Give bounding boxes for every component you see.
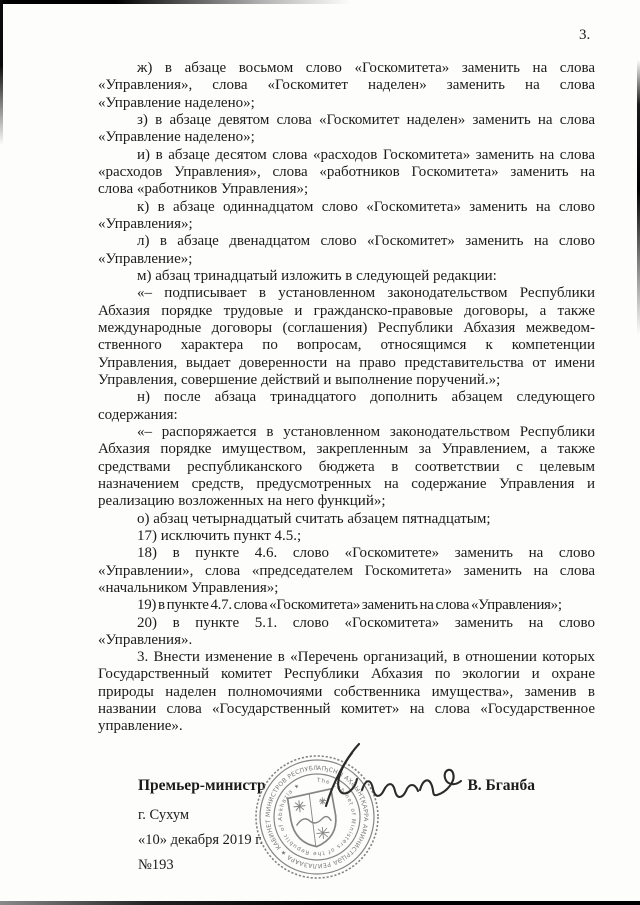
text-line: «Управление»; <box>98 251 595 268</box>
text-line: «Управление наделено»; <box>98 129 595 146</box>
text-line: 19) в пункте 4.7. слова «Госкомитета» за… <box>98 597 595 614</box>
text-line: «начальником Управления»; <box>98 580 595 597</box>
text-line: «Управление наделено»; <box>98 95 595 112</box>
text-line: 17) исключить пункт 4.5.; <box>98 528 595 545</box>
signer-name: В. Бганба <box>467 777 595 795</box>
text-line: Абхазия порядке трудовые и гражданско-пр… <box>98 303 595 320</box>
text-line: «Управления», слова «Госкомитет наделен»… <box>98 77 595 94</box>
place-line: г. Сухум <box>138 807 189 824</box>
text-line: ственного характера по вопросам, относящ… <box>98 337 595 354</box>
text-line: «Управлении», слова «председателем Госко… <box>98 563 595 580</box>
text-line: «Управления»; <box>98 216 595 233</box>
text-line: названии слова «Государственный комитет»… <box>98 701 595 718</box>
text-line: к) в абзаце одиннадцатом слово «Госкомит… <box>98 199 595 216</box>
document-number: №193 <box>138 857 174 874</box>
text-line: реализацию возложенных на него функций»; <box>98 493 595 510</box>
scan-artifact-bottom-edge <box>0 901 640 905</box>
scan-artifact-top-edge <box>0 0 400 4</box>
text-line: управление». <box>98 718 595 735</box>
text-line: природы наделен полномочиями собственник… <box>98 684 595 701</box>
text-line: содержания: <box>98 407 595 424</box>
scan-artifact-left-edge <box>0 0 3 150</box>
signer-title: Премьер-министр <box>98 777 266 795</box>
text-line: н) после абзаца тринадцатого дополнить а… <box>98 389 595 406</box>
date-line: «10» декабря 2019 г. <box>138 832 263 849</box>
text-line: 3. Внести изменение в «Перечень организа… <box>98 649 595 666</box>
text-line: Абхазия порядке имуществом, закрепленным… <box>98 441 595 458</box>
text-line: и) в абзаце десятом слова «расходов Госк… <box>98 147 595 164</box>
text-line: л) в абзаце двенадцатом слово «Госкомите… <box>98 233 595 250</box>
text-line: средствами республиканского бюджета в со… <box>98 459 595 476</box>
text-line: слова «работников Управления»; <box>98 181 595 198</box>
text-line: о) абзац четырнадцатый считать абзацем п… <box>98 511 595 528</box>
text-line: м) абзац тринадцатый изложить в следующе… <box>98 268 595 285</box>
coat-of-arms-emblem <box>287 789 339 850</box>
text-line: назначением средств, предусмотренных на … <box>98 476 595 493</box>
text-line: Государственный комитет Республики Абхаз… <box>98 666 595 683</box>
text-line: Управления, совершение действий и выполн… <box>98 372 595 389</box>
document-body: ж) в абзаце восьмом слово «Госкомитета» … <box>98 60 595 736</box>
text-line: ж) в абзаце восьмом слово «Госкомитета» … <box>98 60 595 77</box>
text-line: международные договоры (соглашения) Респ… <box>98 320 595 337</box>
text-line: з) в абзаце девятом слова «Госкомитет на… <box>98 112 595 129</box>
text-line: Управления, выдает доверенности на право… <box>98 355 595 372</box>
text-line: «– подписывает в установленном законодат… <box>98 285 595 302</box>
seal-dotted-edge <box>256 756 378 878</box>
text-line: «Управления». <box>98 632 595 649</box>
text-line: 18) в пункте 4.6. слово «Госкомитете» за… <box>98 545 595 562</box>
scanned-document: { "page": { "number": "3." }, "document"… <box>0 0 640 905</box>
signature-scrawl <box>326 744 461 806</box>
text-line: «расходов Управления», слова «работников… <box>98 164 595 181</box>
text-line: 20) в пункте 5.1. слово «Госкомитета» за… <box>98 615 595 632</box>
signature-row: Премьер-министр В. Бганба <box>98 777 595 795</box>
page-number: 3. <box>579 27 590 44</box>
text-line: «– распоряжается в установленном законод… <box>98 424 595 441</box>
